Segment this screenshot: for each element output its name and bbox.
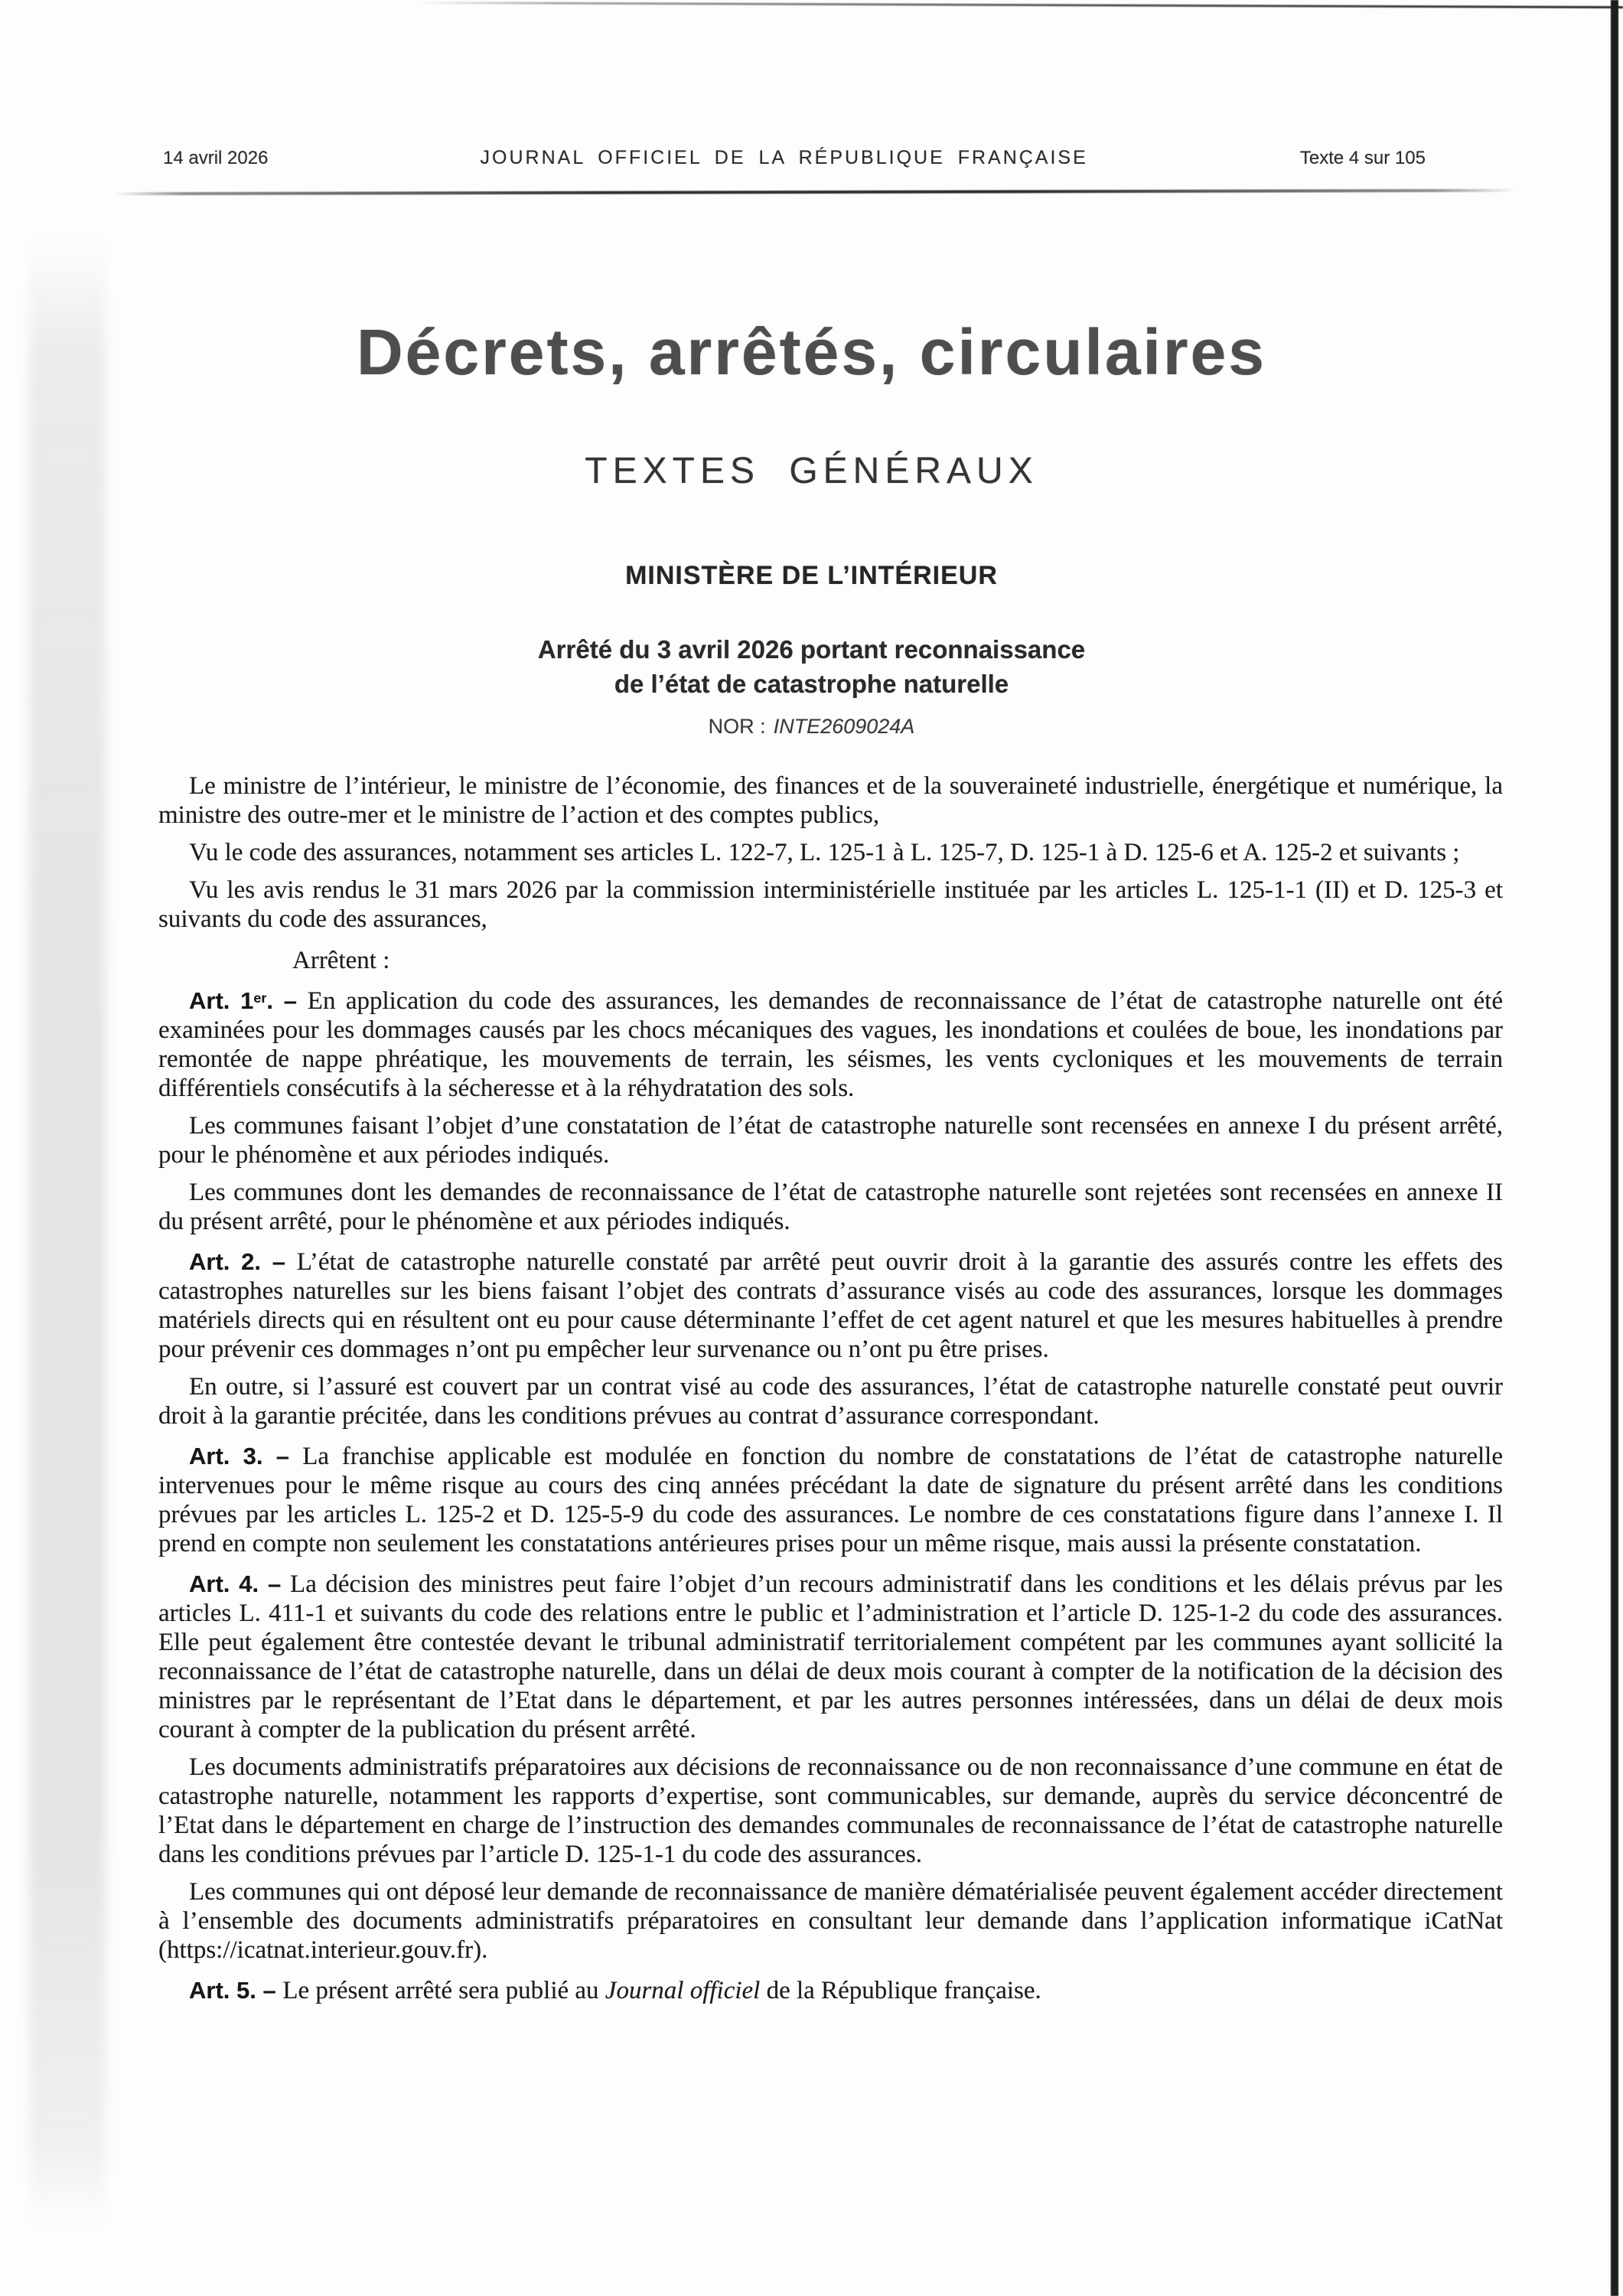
- section-category-title: TEXTES GÉNÉRAUX: [0, 450, 1623, 492]
- article-1-paragraph: Art. 1er. – En application du code des a…: [158, 987, 1503, 1103]
- article-4-text: La décision des ministres peut faire l’o…: [158, 1570, 1503, 1743]
- text-number: Texte 4 sur 105: [1300, 148, 1426, 169]
- article-5-paragraph: Art. 5. – Le présent arrêté sera publié …: [158, 1976, 1503, 2005]
- journal-title: JOURNAL OFFICIEL DE LA RÉPUBLIQUE FRANÇA…: [481, 147, 1088, 169]
- body-paragraph: Les communes faisant l’objet d’une const…: [158, 1111, 1503, 1169]
- nor-line: NOR :INTE2609024A: [0, 715, 1623, 739]
- decree-title-line1: Arrêté du 3 avril 2026 portant reconnais…: [0, 632, 1623, 667]
- header-rule: [115, 189, 1517, 195]
- article-2-paragraph: Art. 2. – L’état de catastrophe naturell…: [158, 1247, 1503, 1364]
- running-head: 14 avril 2026 JOURNAL OFFICIEL DE LA RÉP…: [163, 147, 1426, 169]
- article-1-text: En application du code des assurances, l…: [158, 987, 1503, 1102]
- article-5-text-after: de la République française.: [760, 1977, 1041, 2004]
- journal-officiel-page: 14 avril 2026 JOURNAL OFFICIEL DE LA RÉP…: [0, 0, 1623, 2296]
- article-2-text: L’état de catastrophe naturelle constaté…: [158, 1248, 1503, 1363]
- page-date: 14 avril 2026: [163, 148, 268, 169]
- article-1-ordinal-sup: er: [253, 990, 266, 1006]
- ministry-title: MINISTÈRE DE L’INTÉRIEUR: [0, 561, 1623, 591]
- scan-left-shadow-band: [29, 237, 106, 2227]
- visa-paragraph: Vu les avis rendus le 31 mars 2026 par l…: [158, 876, 1503, 934]
- decree-title: Arrêté du 3 avril 2026 portant reconnais…: [0, 632, 1623, 701]
- decree-title-line2: de l’état de catastrophe naturelle: [0, 667, 1623, 701]
- visa-paragraph: Le ministre de l’intérieur, le ministre …: [158, 771, 1503, 830]
- body-paragraph: En outre, si l’assuré est couvert par un…: [158, 1372, 1503, 1430]
- article-3-label: Art. 3. –: [189, 1443, 302, 1469]
- visa-paragraph: Vu le code des assurances, notamment ses…: [158, 838, 1503, 867]
- article-5-label: Art. 5. –: [189, 1977, 282, 2004]
- enacting-formula: Arrêtent :: [292, 946, 1503, 975]
- article-2-label: Art. 2. –: [189, 1248, 297, 1275]
- main-title: Décrets, arrêtés, circulaires: [0, 315, 1623, 390]
- article-3-text: La franchise applicable est modulée en f…: [158, 1443, 1503, 1557]
- journal-officiel-italic: Journal officiel: [605, 1977, 761, 2004]
- article-1-label: Art. 1er. –: [189, 987, 308, 1014]
- decree-body: Le ministre de l’intérieur, le ministre …: [158, 771, 1503, 2005]
- article-4-label: Art. 4. –: [189, 1570, 290, 1597]
- body-paragraph: Les communes dont les demandes de reconn…: [158, 1178, 1503, 1236]
- article-4-paragraph: Art. 4. – La décision des ministres peut…: [158, 1570, 1503, 1744]
- body-paragraph: Les documents administratifs préparatoir…: [158, 1753, 1503, 1869]
- nor-code: INTE2609024A: [774, 715, 915, 738]
- article-5-text-before: Le présent arrêté sera publié au: [282, 1977, 605, 2004]
- nor-label: NOR :: [709, 715, 766, 738]
- article-3-paragraph: Art. 3. – La franchise applicable est mo…: [158, 1442, 1503, 1558]
- scan-top-edge-line: [417, 2, 1623, 8]
- body-paragraph: Les communes qui ont déposé leur demande…: [158, 1877, 1503, 1965]
